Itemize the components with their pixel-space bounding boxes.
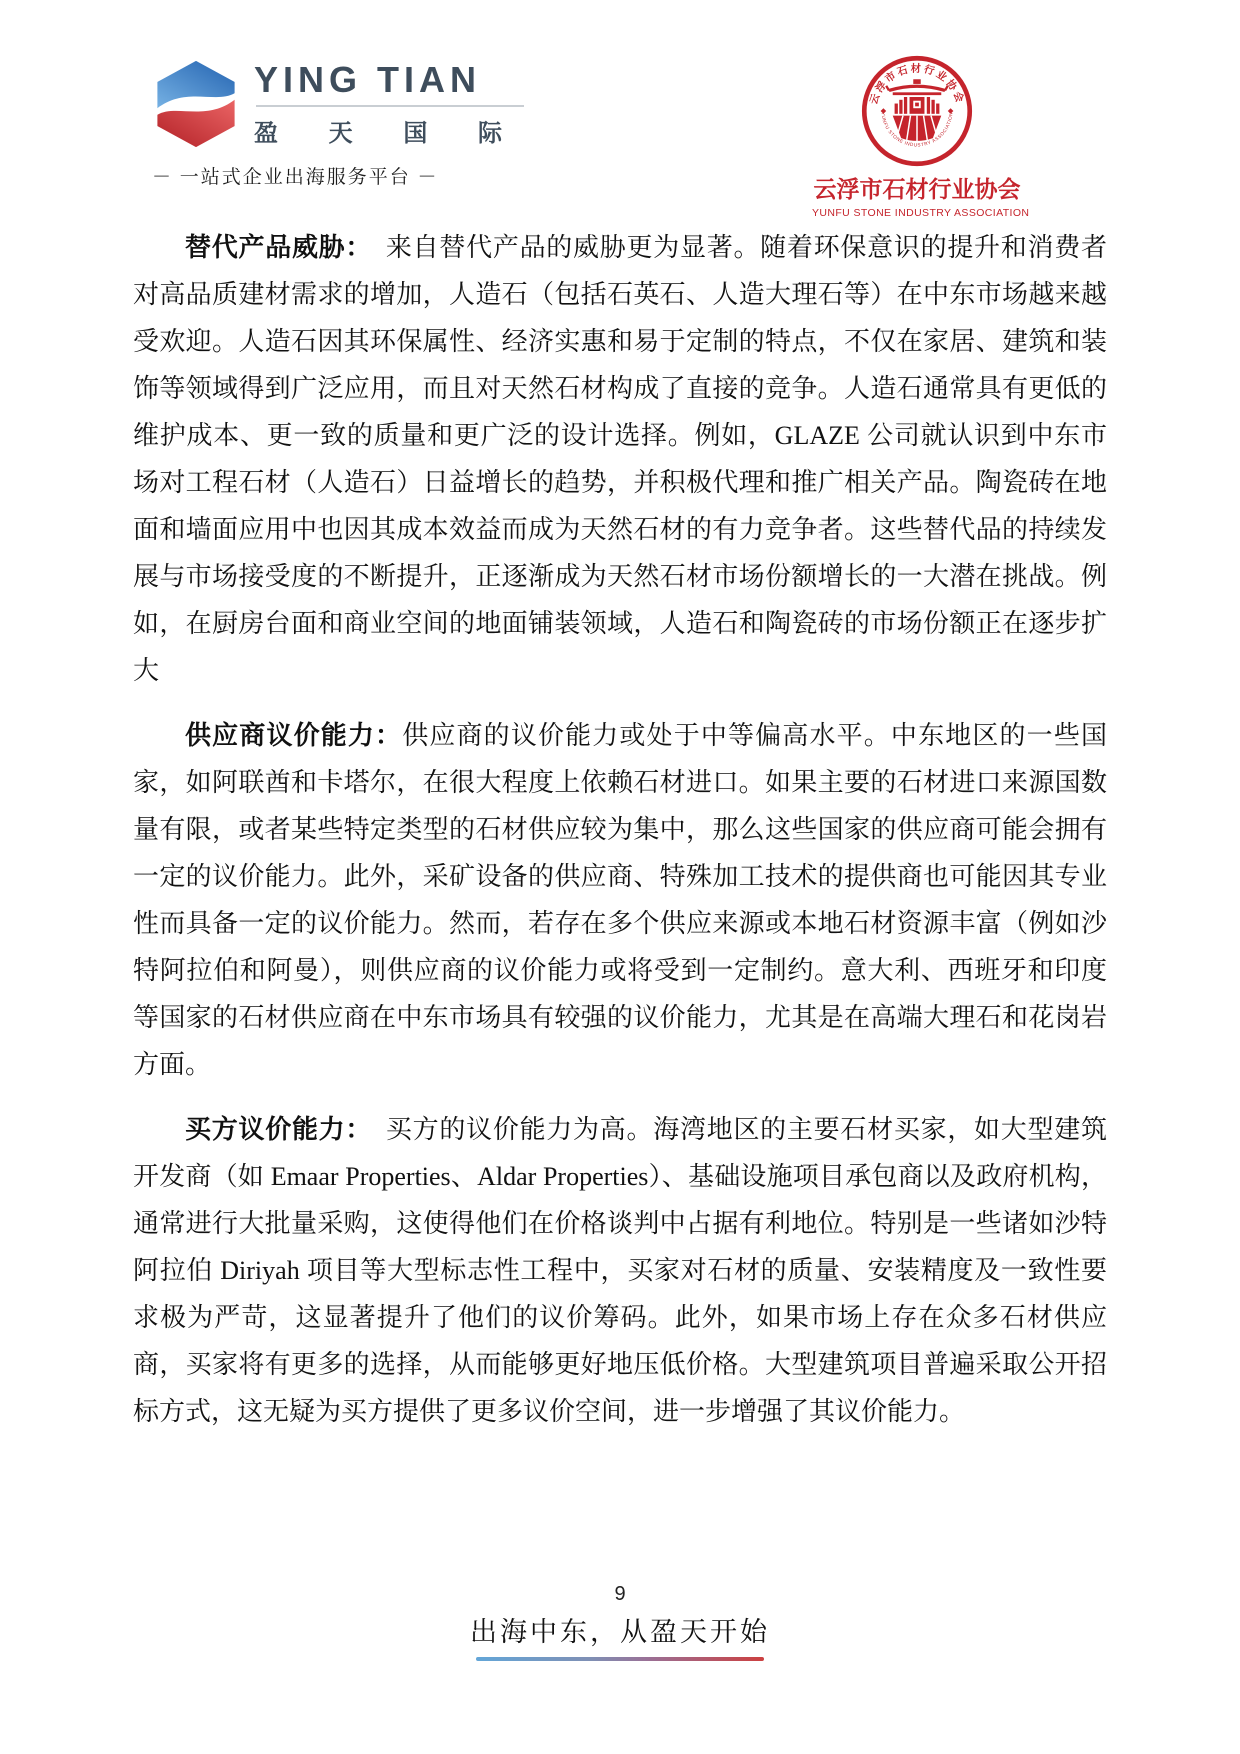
paragraph-substitute-threat: 替代产品威胁： 来自替代产品的威胁更为显著。随着环保意识的提升和消费者对高品质建… xyxy=(133,224,1107,694)
paragraph-text: 买方的议价能力为高。海湾地区的主要石材买家，如大型建筑开发商（如 Emaar P… xyxy=(133,1115,1107,1426)
document-body: 替代产品威胁： 来自替代产品的威胁更为显著。随着环保意识的提升和消费者对高品质建… xyxy=(133,224,1107,1435)
yingtian-logo-block: YING TIAN 盈 天 国 际 － 一站式企业出海服务平台 － xyxy=(152,58,422,189)
association-logo-block: 云浮市石材行业协会 YUNFU STONE INDUSTRY ASSOCIATI… xyxy=(812,55,1022,219)
page-footer: 9 出海中东，从盈天开始 xyxy=(0,1583,1240,1661)
paragraph-buyer-power: 买方议价能力： 买方的议价能力为高。海湾地区的主要石材买家，如大型建筑开发商（如… xyxy=(133,1106,1107,1435)
document-page: YING TIAN 盈 天 国 际 － 一站式企业出海服务平台 － 云浮市石材行… xyxy=(0,0,1240,1754)
association-seal-icon: 云浮市石材行业协会 YUNFU STONE INDUSTRY ASSOCIATI… xyxy=(861,55,973,167)
paragraph-text: 供应商的议价能力或处于中等偏高水平。中东地区的一些国家，如阿联酋和卡塔尔，在很大… xyxy=(133,721,1107,1079)
brand-divider xyxy=(256,105,524,107)
seal-gate-icon xyxy=(886,79,948,142)
association-name-en: YUNFU STONE INDUSTRY ASSOCIATION xyxy=(812,207,1022,219)
paragraph-text: 来自替代产品的威胁更为显著。随着环保意识的提升和消费者对高品质建材需求的增加，人… xyxy=(133,233,1107,685)
yingtian-logo-icon xyxy=(152,58,240,150)
brand-name-en: YING TIAN xyxy=(254,60,524,100)
association-name-cn: 云浮市石材行业协会 xyxy=(812,171,1022,204)
brand-name-cn: 盈 天 国 际 xyxy=(254,113,524,148)
paragraph-heading: 买方议价能力： xyxy=(185,1114,386,1144)
footer-gradient-rule xyxy=(476,1657,764,1661)
paragraph-heading: 替代产品威胁： xyxy=(185,232,386,262)
brand-tagline: － 一站式企业出海服务平台 － xyxy=(152,162,422,189)
page-number: 9 xyxy=(0,1583,1240,1606)
footer-slogan: 出海中东，从盈天开始 xyxy=(0,1610,1240,1649)
paragraph-supplier-power: 供应商议价能力：供应商的议价能力或处于中等偏高水平。中东地区的一些国家，如阿联酋… xyxy=(133,712,1107,1088)
paragraph-heading: 供应商议价能力： xyxy=(185,720,402,750)
